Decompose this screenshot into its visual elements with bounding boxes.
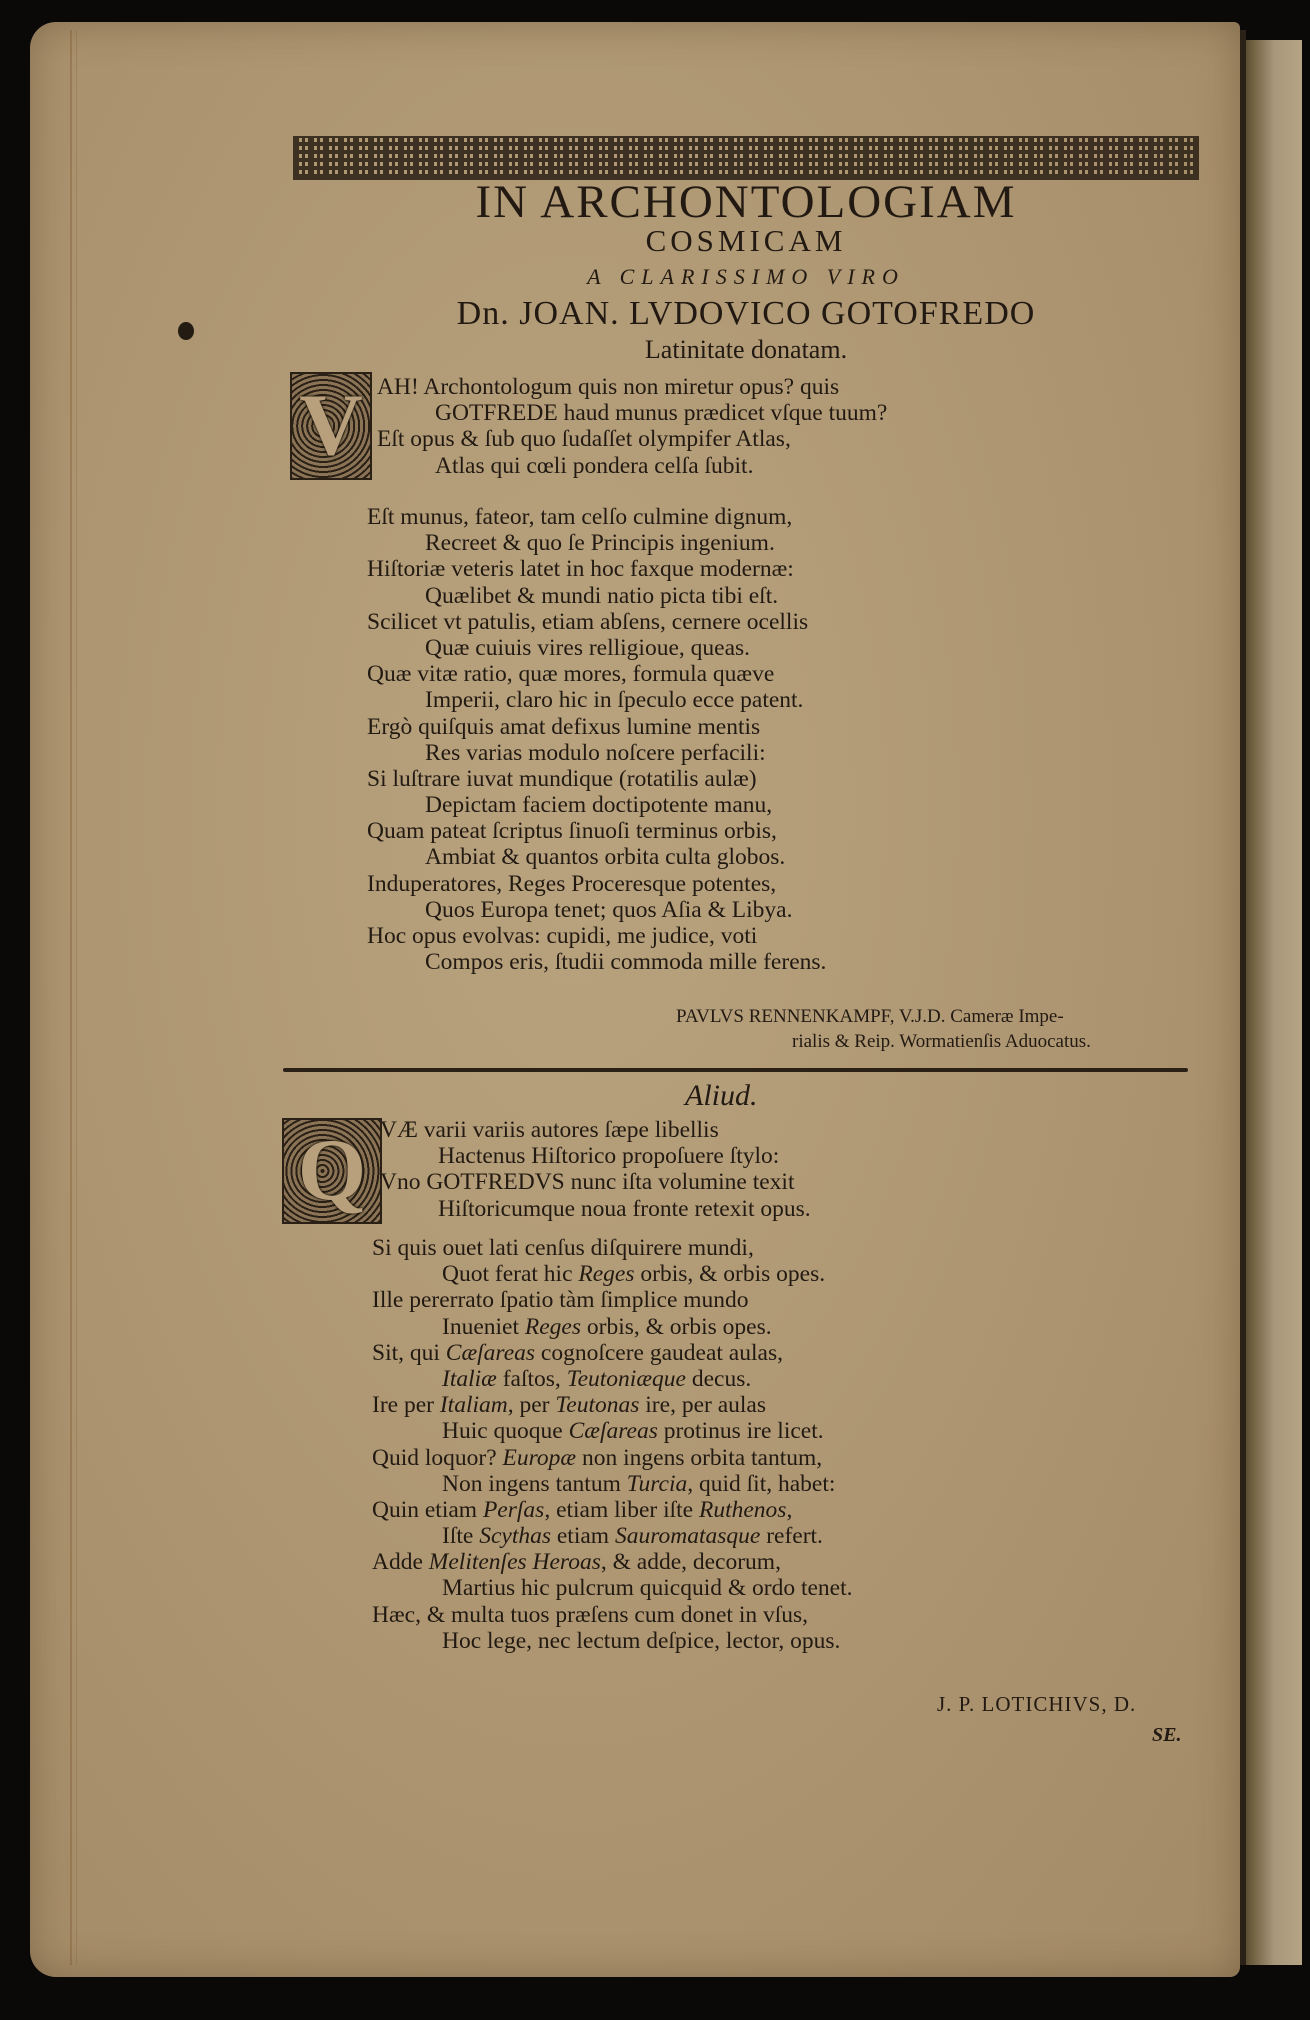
verse-line: Recreet & quo ſe Principis ingenium. <box>367 530 826 556</box>
verse-text: , & adde, decorum, <box>601 1549 781 1575</box>
poem1-opening-lines: AH! Archontologum quis non miretur opus?… <box>377 374 887 479</box>
verse-line: Compos eris, ſtudii commoda mille ferens… <box>367 949 826 975</box>
italic-proper-noun: Turcia <box>627 1471 688 1497</box>
verse-line: Ire per Italiam, per Teutonas ire, per a… <box>372 1392 853 1418</box>
verse-line: Hiſtoriæ veteris latet in hoc faxque mod… <box>367 556 826 582</box>
verse-text: Inueniet <box>442 1314 525 1340</box>
verse-line: Quam pateat ſcriptus ſinuoſi terminus or… <box>367 818 826 844</box>
decorative-headpiece-border <box>293 136 1199 180</box>
poem1-signature: PAVLVS RENNENKAMPF, V.J.D. Cameræ Impe- … <box>676 1004 1091 1054</box>
facing-page-edge <box>1240 40 1302 1965</box>
verse-line: Vno GOTFREDVS nunc iſta volumine texit <box>380 1169 811 1195</box>
verse-text: Hæc, & multa tuos præſens cum donet in v… <box>372 1602 808 1628</box>
verse-line: Quælibet & mundi natio picta tibi eſt. <box>367 583 826 609</box>
verse-line: Induperatores, Reges Proceresque potente… <box>367 871 826 897</box>
title-line-1: IN ARCHONTOLOGIAM <box>290 176 1202 228</box>
initial-letter: V <box>299 382 363 470</box>
verse-line: Hactenus Hiſtorico propoſuere ſtylo: <box>380 1143 811 1169</box>
verse-text: , etiam liber iſte <box>544 1497 699 1523</box>
verse-text: orbis, & orbis opes. <box>581 1314 772 1340</box>
verse-text: etiam <box>551 1523 615 1549</box>
verse-line: Hoc lege, nec lectum deſpice, lector, op… <box>372 1628 853 1654</box>
verse-line: AH! Archontologum quis non miretur opus?… <box>377 374 887 400</box>
catchword: SE. <box>1152 1724 1181 1747</box>
verse-line: Ille pererrato ſpatio tàm ſimplice mundo <box>372 1287 853 1313</box>
verse-line: Quos Europa tenet; quos Aſia & Libya. <box>367 897 826 923</box>
italic-proper-noun: Reges <box>525 1314 581 1340</box>
verse-line: GOTFREDE haud munus prædicet vſque tuum? <box>377 400 887 426</box>
italic-proper-noun: Sauromatasque <box>615 1523 760 1549</box>
italic-proper-noun: Reges <box>578 1261 634 1287</box>
verse-line: Inueniet Reges orbis, & orbis opes. <box>372 1314 853 1340</box>
verse-line: Hiſtoricumque noua fronte retexit opus. <box>380 1196 811 1222</box>
verse-text: Ire per <box>372 1392 440 1418</box>
verse-text: decus. <box>686 1366 751 1392</box>
verse-line: Quæ cuiuis vires relligioue, queas. <box>367 635 826 661</box>
poem2-signature: J. P. LOTICHIVS, D. <box>937 1692 1136 1717</box>
verse-line: Non ingens tantum Turcia, quid ſit, habe… <box>372 1471 853 1497</box>
title-line-2: COSMICAM <box>290 224 1202 258</box>
verse-line: Eſt opus & ſub quo ſudaſſet olympifer At… <box>377 426 887 452</box>
verse-line: Quæ vitæ ratio, quæ mores, formula quæve <box>367 661 826 687</box>
verse-text: Hoc lege, nec lectum deſpice, lector, op… <box>442 1628 840 1654</box>
initial-letter: Q <box>298 1127 366 1215</box>
italic-proper-noun: Teutonas <box>555 1392 639 1418</box>
verse-line: Italiæ faſtos, Teutoniæque decus. <box>372 1366 853 1392</box>
italic-proper-noun: Ruthenos <box>699 1497 786 1523</box>
verse-text: , quid ſit, habet: <box>687 1471 835 1497</box>
verse-text: Huic quoque <box>442 1418 569 1444</box>
verse-line: Sit, qui Cæſareas cognoſcere gaudeat aul… <box>372 1340 853 1366</box>
verse-text: Quin etiam <box>372 1497 483 1523</box>
verse-text: refert. <box>760 1523 823 1549</box>
section-divider-rule <box>283 1068 1188 1072</box>
italic-proper-noun: Italiam <box>440 1392 508 1418</box>
title-line-3: A CLARISSIMO VIRO <box>290 264 1202 290</box>
italic-proper-noun: Scythas <box>479 1523 551 1549</box>
verse-text: , <box>786 1497 792 1523</box>
italic-proper-noun: Perſas <box>483 1497 544 1523</box>
italic-proper-noun: Europæ <box>503 1445 577 1471</box>
ink-blot <box>178 322 194 340</box>
verse-line: Si luſtrare iuvat mundique (rotatilis au… <box>367 766 826 792</box>
verse-line: Res varias modulo noſcere perfacili: <box>367 740 826 766</box>
verse-line: Scilicet vt patulis, etiam abſens, cerne… <box>367 609 826 635</box>
verse-text: Ille pererrato ſpatio tàm ſimplice mundo <box>372 1287 749 1313</box>
verse-text: Non ingens tantum <box>442 1471 627 1497</box>
signature-line-2: rialis & Reip. Wormatienſis Aduocatus. <box>676 1029 1091 1054</box>
verse-text: , per <box>508 1392 556 1418</box>
verse-line: Hoc opus evolvas: cupidi, me judice, vot… <box>367 923 826 949</box>
verse-line: Si quis ouet lati cenſus diſquirere mund… <box>372 1235 853 1261</box>
verse-line: Adde Melitenſes Heroas, & adde, decorum, <box>372 1549 853 1575</box>
verse-text: cognoſcere gaudeat aulas, <box>535 1340 783 1366</box>
poem2-opening-lines: VÆ varii variis autores ſæpe libellisHac… <box>380 1117 811 1222</box>
verse-line: Quot ferat hic Reges orbis, & orbis opes… <box>372 1261 853 1287</box>
decorated-initial-q: Q <box>282 1118 382 1224</box>
verse-line: Hæc, & multa tuos præſens cum donet in v… <box>372 1602 853 1628</box>
italic-proper-noun: Cæſareas <box>446 1340 535 1366</box>
title-line-4: Dn. JOAN. LVDOVICO GOTOFREDO <box>290 294 1202 334</box>
verse-text: Martius hic pulcrum quicquid & ordo tene… <box>442 1575 853 1601</box>
verse-line: Ergò quiſquis amat defixus lumine mentis <box>367 714 826 740</box>
verse-line: VÆ varii variis autores ſæpe libellis <box>380 1117 811 1143</box>
verse-line: Quin etiam Perſas, etiam liber iſte Ruth… <box>372 1497 853 1523</box>
italic-proper-noun: Melitenſes Heroas <box>429 1549 601 1575</box>
signature-line-1: PAVLVS RENNENKAMPF, V.J.D. Cameræ Impe- <box>676 1006 1064 1027</box>
verse-line: Atlas qui cœli pondera celſa ſubit. <box>377 453 887 479</box>
verse-line: Iſte Scythas etiam Sauromatasque refert. <box>372 1523 853 1549</box>
verse-text: Iſte <box>442 1523 479 1549</box>
poem1-body: Eſt munus, fateor, tam celſo culmine dig… <box>367 504 826 975</box>
verse-line: Ambiat & quantos orbita culta globos. <box>367 844 826 870</box>
verse-text: orbis, & orbis opes. <box>635 1261 826 1287</box>
italic-proper-noun: Cæſareas <box>569 1418 658 1444</box>
verse-text: Si quis ouet lati cenſus diſquirere mund… <box>372 1235 754 1261</box>
verse-text: non ingens orbita tantum, <box>576 1445 822 1471</box>
italic-proper-noun: Italiæ <box>442 1366 497 1392</box>
poem2-heading: Aliud. <box>685 1078 758 1114</box>
italic-proper-noun: Teutoniæque <box>567 1366 686 1392</box>
verse-text: Sit, qui <box>372 1340 446 1366</box>
verse-text: faſtos, <box>497 1366 567 1392</box>
verse-line: Martius hic pulcrum quicquid & ordo tene… <box>372 1575 853 1601</box>
verse-line: Imperii, claro hic in ſpeculo ecce paten… <box>367 687 826 713</box>
verse-line: Eſt munus, fateor, tam celſo culmine dig… <box>367 504 826 530</box>
title-line-5: Latinitate donatam. <box>290 334 1202 366</box>
verse-line: Huic quoque Cæſareas protinus ire licet. <box>372 1418 853 1444</box>
verse-text: protinus ire licet. <box>658 1418 824 1444</box>
verse-line: Quid loquor? Europæ non ingens orbita ta… <box>372 1445 853 1471</box>
verse-line: Depictam faciem doctipotente manu, <box>367 792 826 818</box>
verse-text: Quot ferat hic <box>442 1261 578 1287</box>
verse-text: ire, per aulas <box>639 1392 766 1418</box>
decorated-initial-v: V <box>290 372 372 480</box>
verse-text: Adde <box>372 1549 429 1575</box>
verse-text: Quid loquor? <box>372 1445 503 1471</box>
poem2-body: Si quis ouet lati cenſus diſquirere mund… <box>372 1235 853 1654</box>
